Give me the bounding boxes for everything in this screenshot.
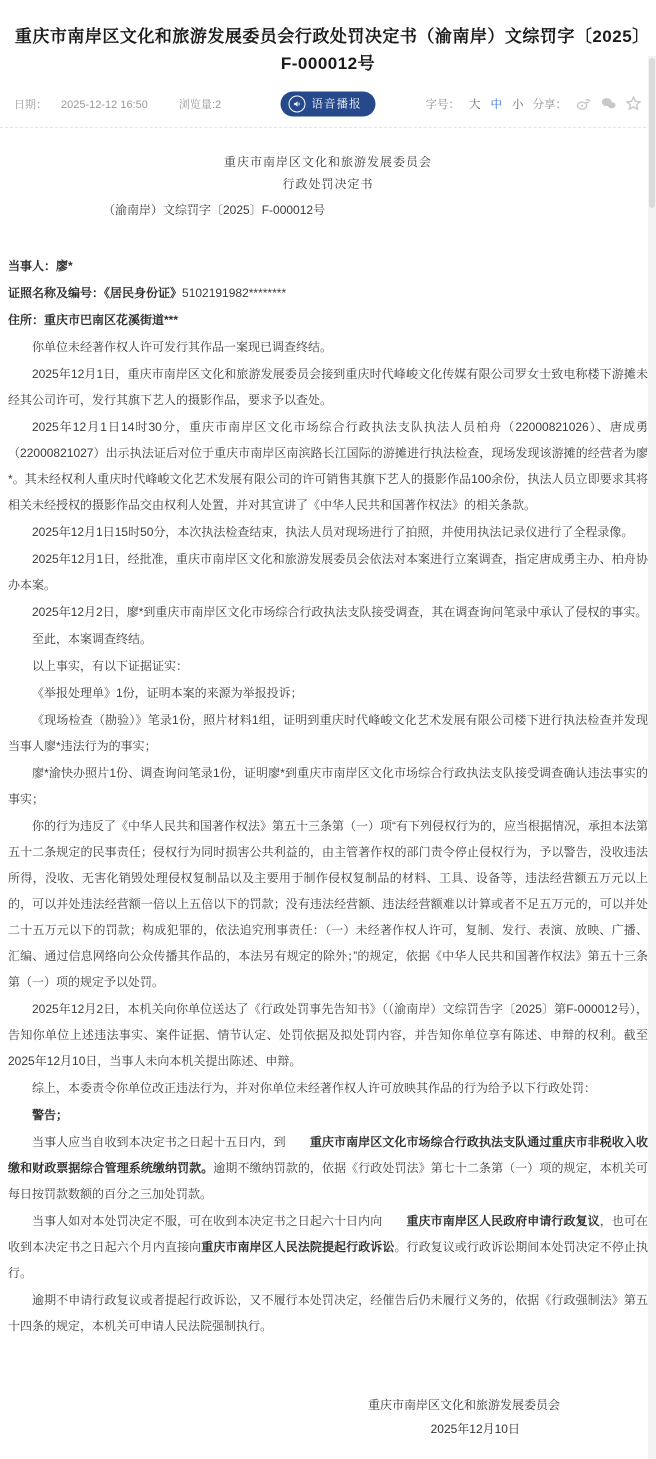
document-paragraph: 你的行为违反了《中华人民共和国著作权法》第五十三条第（一）项“有下列侵权行为的，… <box>8 813 648 995</box>
document-paragraph: 《举报处理单》1份，证明本案的来源为举报投诉； <box>8 680 648 706</box>
document-header: 重庆市南岸区文化和旅游发展委员会 行政处罚决定书 <box>8 152 648 195</box>
document-paragraph: 2025年12月1日14时30分，重庆市南岸区文化市场综合行政执法支队执法人员柏… <box>8 414 648 518</box>
signature-date: 2025年12月10日 <box>8 1417 648 1441</box>
document-paragraph: 当事人如对本处罚决定不服，可在收到本决定书之日起六十日内向 重庆市南岸区人民政府… <box>8 1208 648 1286</box>
signature-block: 重庆市南岸区文化和旅游发展委员会 2025年12月10日 <box>8 1393 648 1441</box>
document-paragraph: 逾期不申请行政复议或者提起行政诉讼，又不履行本处罚决定，经催告后仍未履行义务的，… <box>8 1287 648 1339</box>
scrollbar-thumb[interactable] <box>649 58 655 208</box>
document-paragraph: 2025年12月2日，廖*到重庆市南岸区文化市场综合行政执法支队接受调查，其在调… <box>8 599 648 625</box>
font-size-medium-button[interactable]: 中 <box>490 96 504 112</box>
document-body: 当事人：廖*证照名称及编号：《居民身份证》5102191982********住… <box>8 253 648 1339</box>
document-paragraph: 当事人应当自收到本决定书之日起十五日内，到 重庆市南岸区文化市场综合行政执法支队… <box>8 1129 648 1207</box>
document-paragraph: 2025年12月1日，重庆市南岸区文化和旅游发展委员会接到重庆时代峰峻文化传媒有… <box>8 361 648 413</box>
wechat-icon[interactable] <box>600 95 617 112</box>
font-size-large-button[interactable]: 大 <box>468 96 482 112</box>
meta-info: 日期：2025-12-12 16:50 浏览量:2 <box>14 96 235 112</box>
page-title: 重庆市南岸区文化和旅游发展委员会行政处罚决定书（渝南岸）文综罚字〔2025〕F-… <box>0 19 656 77</box>
right-tools: 字号： 大 中 小 分享： <box>426 95 643 112</box>
favorite-star-icon[interactable] <box>625 95 642 112</box>
document-type: 行政处罚决定书 <box>8 174 648 195</box>
document-paragraph: 住所：重庆市巴南区花溪街道*** <box>8 307 648 333</box>
document-paragraph: 廖*渝快办照片1份、调查询问笔录1份，证明廖*到重庆市南岸区文化市场综合行政执法… <box>8 760 648 812</box>
document-paragraph: 证照名称及编号：《居民身份证》5102191982******** <box>8 280 648 306</box>
issuing-authority: 重庆市南岸区文化和旅游发展委员会 <box>8 152 648 173</box>
publish-date: 日期：2025-12-12 16:50 <box>14 99 162 111</box>
document-paragraph: 2025年12月1日，经批准，重庆市南岸区文化和旅游发展委员会依法对本案进行立案… <box>8 546 648 598</box>
signature-org: 重庆市南岸区文化和旅游发展委员会 <box>8 1393 648 1417</box>
document-paragraph: 综上，本委责令你单位改正违法行为，并对你单位未经著作权人许可放映其作品的行为给予… <box>8 1075 648 1101</box>
document-paragraph: 至此，本案调查终结。 <box>8 626 648 652</box>
article-page: 重庆市南岸区文化和旅游发展委员会行政处罚决定书（渝南岸）文综罚字〔2025〕F-… <box>0 0 656 1459</box>
view-count: 浏览量:2 <box>179 99 221 111</box>
document-paragraph: 2025年12月2日，本机关向你单位送达了《行政处罚事先告知书》（（渝南岸）文综… <box>8 996 648 1074</box>
voice-broadcast-button[interactable]: 语音播报 <box>281 91 376 116</box>
document-paragraph: 你单位未经著作权人许可发行其作品一案现已调查终结。 <box>8 334 648 360</box>
case-number: （渝南岸）文综罚字〔2025〕F-000012号 <box>8 200 648 221</box>
font-size-small-button[interactable]: 小 <box>511 96 525 112</box>
document-paragraph: 《现场检查（勘验）》笔录1份，照片材料1组，证明到重庆时代峰峻文化艺术发展有限公… <box>8 707 648 759</box>
document-paragraph: 2025年12月1日15时50分，本次执法检查结束，执法人员对现场进行了拍照，并… <box>8 519 648 545</box>
scrollbar-track[interactable] <box>648 56 656 1459</box>
document-paragraph: 警告； <box>8 1102 648 1128</box>
weibo-icon[interactable] <box>575 95 592 112</box>
voice-broadcast-label: 语音播报 <box>312 96 362 112</box>
meta-toolbar: 日期：2025-12-12 16:50 浏览量:2 语音播报 字号： 大 中 小… <box>0 89 656 119</box>
document-paragraph: 以上事实，有以下证据证实： <box>8 653 648 679</box>
section-divider <box>0 127 656 128</box>
share-label: 分享： <box>533 96 568 112</box>
font-size-label: 字号： <box>426 96 461 112</box>
document-paragraph: 当事人：廖* <box>8 253 648 279</box>
document: 重庆市南岸区文化和旅游发展委员会 行政处罚决定书 （渝南岸）文综罚字〔2025〕… <box>0 152 656 1441</box>
speaker-icon <box>289 95 306 112</box>
